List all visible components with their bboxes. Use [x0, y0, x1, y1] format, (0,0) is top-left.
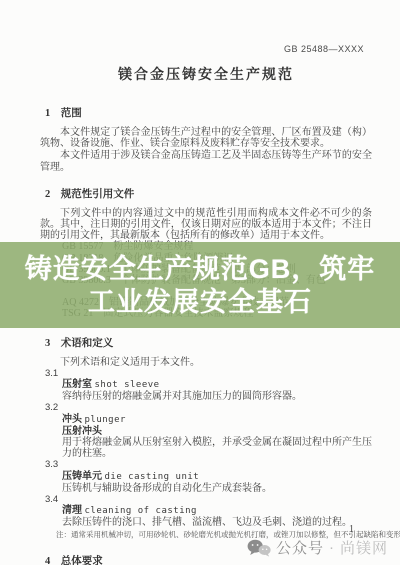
term-english: cleaning of casting: [85, 506, 197, 516]
section-3-heading: 3 术语和定义: [45, 335, 372, 350]
wechat-icon: [247, 539, 271, 557]
section-2-intro: 下列文件中的内容通过文中的规范性引用而构成本文件必不可少的条款。其中，注日期的引…: [40, 208, 372, 242]
section-2-heading: 2 规范性引用文件: [45, 186, 372, 201]
term-title: 冲头 plunger: [40, 414, 372, 426]
document-title: 镁合金压铸安全生产规范: [40, 64, 372, 84]
reference-item: TSG 21 固定式压力容器安全技术监察规程: [40, 308, 372, 319]
document-body: GB 25488—XXXX 镁合金压铸安全生产规范 1 范围 本文件规定了镁合金…: [0, 0, 400, 565]
term-english: plunger: [85, 415, 126, 425]
reference-item: GB 18218 危险化学品重大危险源辨识: [40, 253, 372, 264]
term-number: 3.2: [45, 402, 372, 413]
term-chinese: 压铸单元: [62, 471, 102, 482]
section-1-paragraph-2: 本文件适用于涉及镁合金高压铸造工艺及半固态压铸等生产环节的安全管理。: [40, 150, 372, 172]
section-1-heading: 1 范围: [45, 105, 372, 120]
reference-item: GB 15577 粉尘防爆安全规程: [40, 241, 372, 252]
term-title: 压铸单元 die casting unit: [40, 471, 372, 483]
watermark-separator: ·: [329, 539, 335, 556]
watermark: 公众号 · 尚镁网: [247, 537, 388, 558]
term-number: 3.1: [45, 368, 372, 379]
standard-code: GB 25488—XXXX: [40, 44, 372, 54]
term-title: 压射室 shot sleeve: [40, 379, 372, 391]
term-definition: 容纳待压射的熔融金属并对其施加压力的圆筒形容器。: [40, 391, 372, 402]
term-definition: 去除压铸件的浇口、排气槽、溢流槽、飞边及毛刺、浇道的过程。: [40, 517, 372, 528]
term-chinese: 压射室: [62, 379, 92, 390]
term-chinese: 清理: [62, 505, 82, 516]
section-3-intro: 下列术语和定义适用于本文件。: [40, 357, 372, 368]
section-1-paragraph-1: 本文件规定了镁合金压铸生产过程中的安全管理、厂区布置及建（构）筑物、设备设施、作…: [40, 127, 372, 149]
reference-item: AQ 4272 铝镁制品机械加工粉尘防爆安全技术规范: [40, 297, 372, 308]
term-definition: 用于将熔融金属从压射室射入模腔，并承受金属在凝固过程中所产生压力的柱塞。: [40, 437, 372, 459]
term-title: 清理 cleaning of casting: [40, 505, 372, 517]
term-alias: 压射冲头: [40, 426, 372, 437]
term-number: 3.4: [45, 494, 372, 505]
watermark-prefix: 公众号: [276, 537, 324, 558]
watermark-name: 尚镁网: [340, 537, 388, 558]
term-english: die casting unit: [105, 472, 200, 482]
page-number: 1: [349, 524, 354, 535]
term-number: 3.3: [45, 459, 372, 470]
reference-item: GB 39800.1 个体防护装备配备规范 第1部分：总则: [40, 264, 372, 275]
reference-item: GB 39800.3 个体防护装备配备规范 第3部分：冶金、有色: [40, 275, 372, 286]
term-definition: 压铸机与辅助设备形成的自动化生产成套装备。: [40, 483, 372, 494]
term-chinese: 冲头: [62, 414, 82, 425]
term-english: shot sleeve: [95, 380, 160, 390]
scanned-standard-page: GB 25488—XXXX 镁合金压铸安全生产规范 1 范围 本文件规定了镁合金…: [0, 0, 400, 565]
